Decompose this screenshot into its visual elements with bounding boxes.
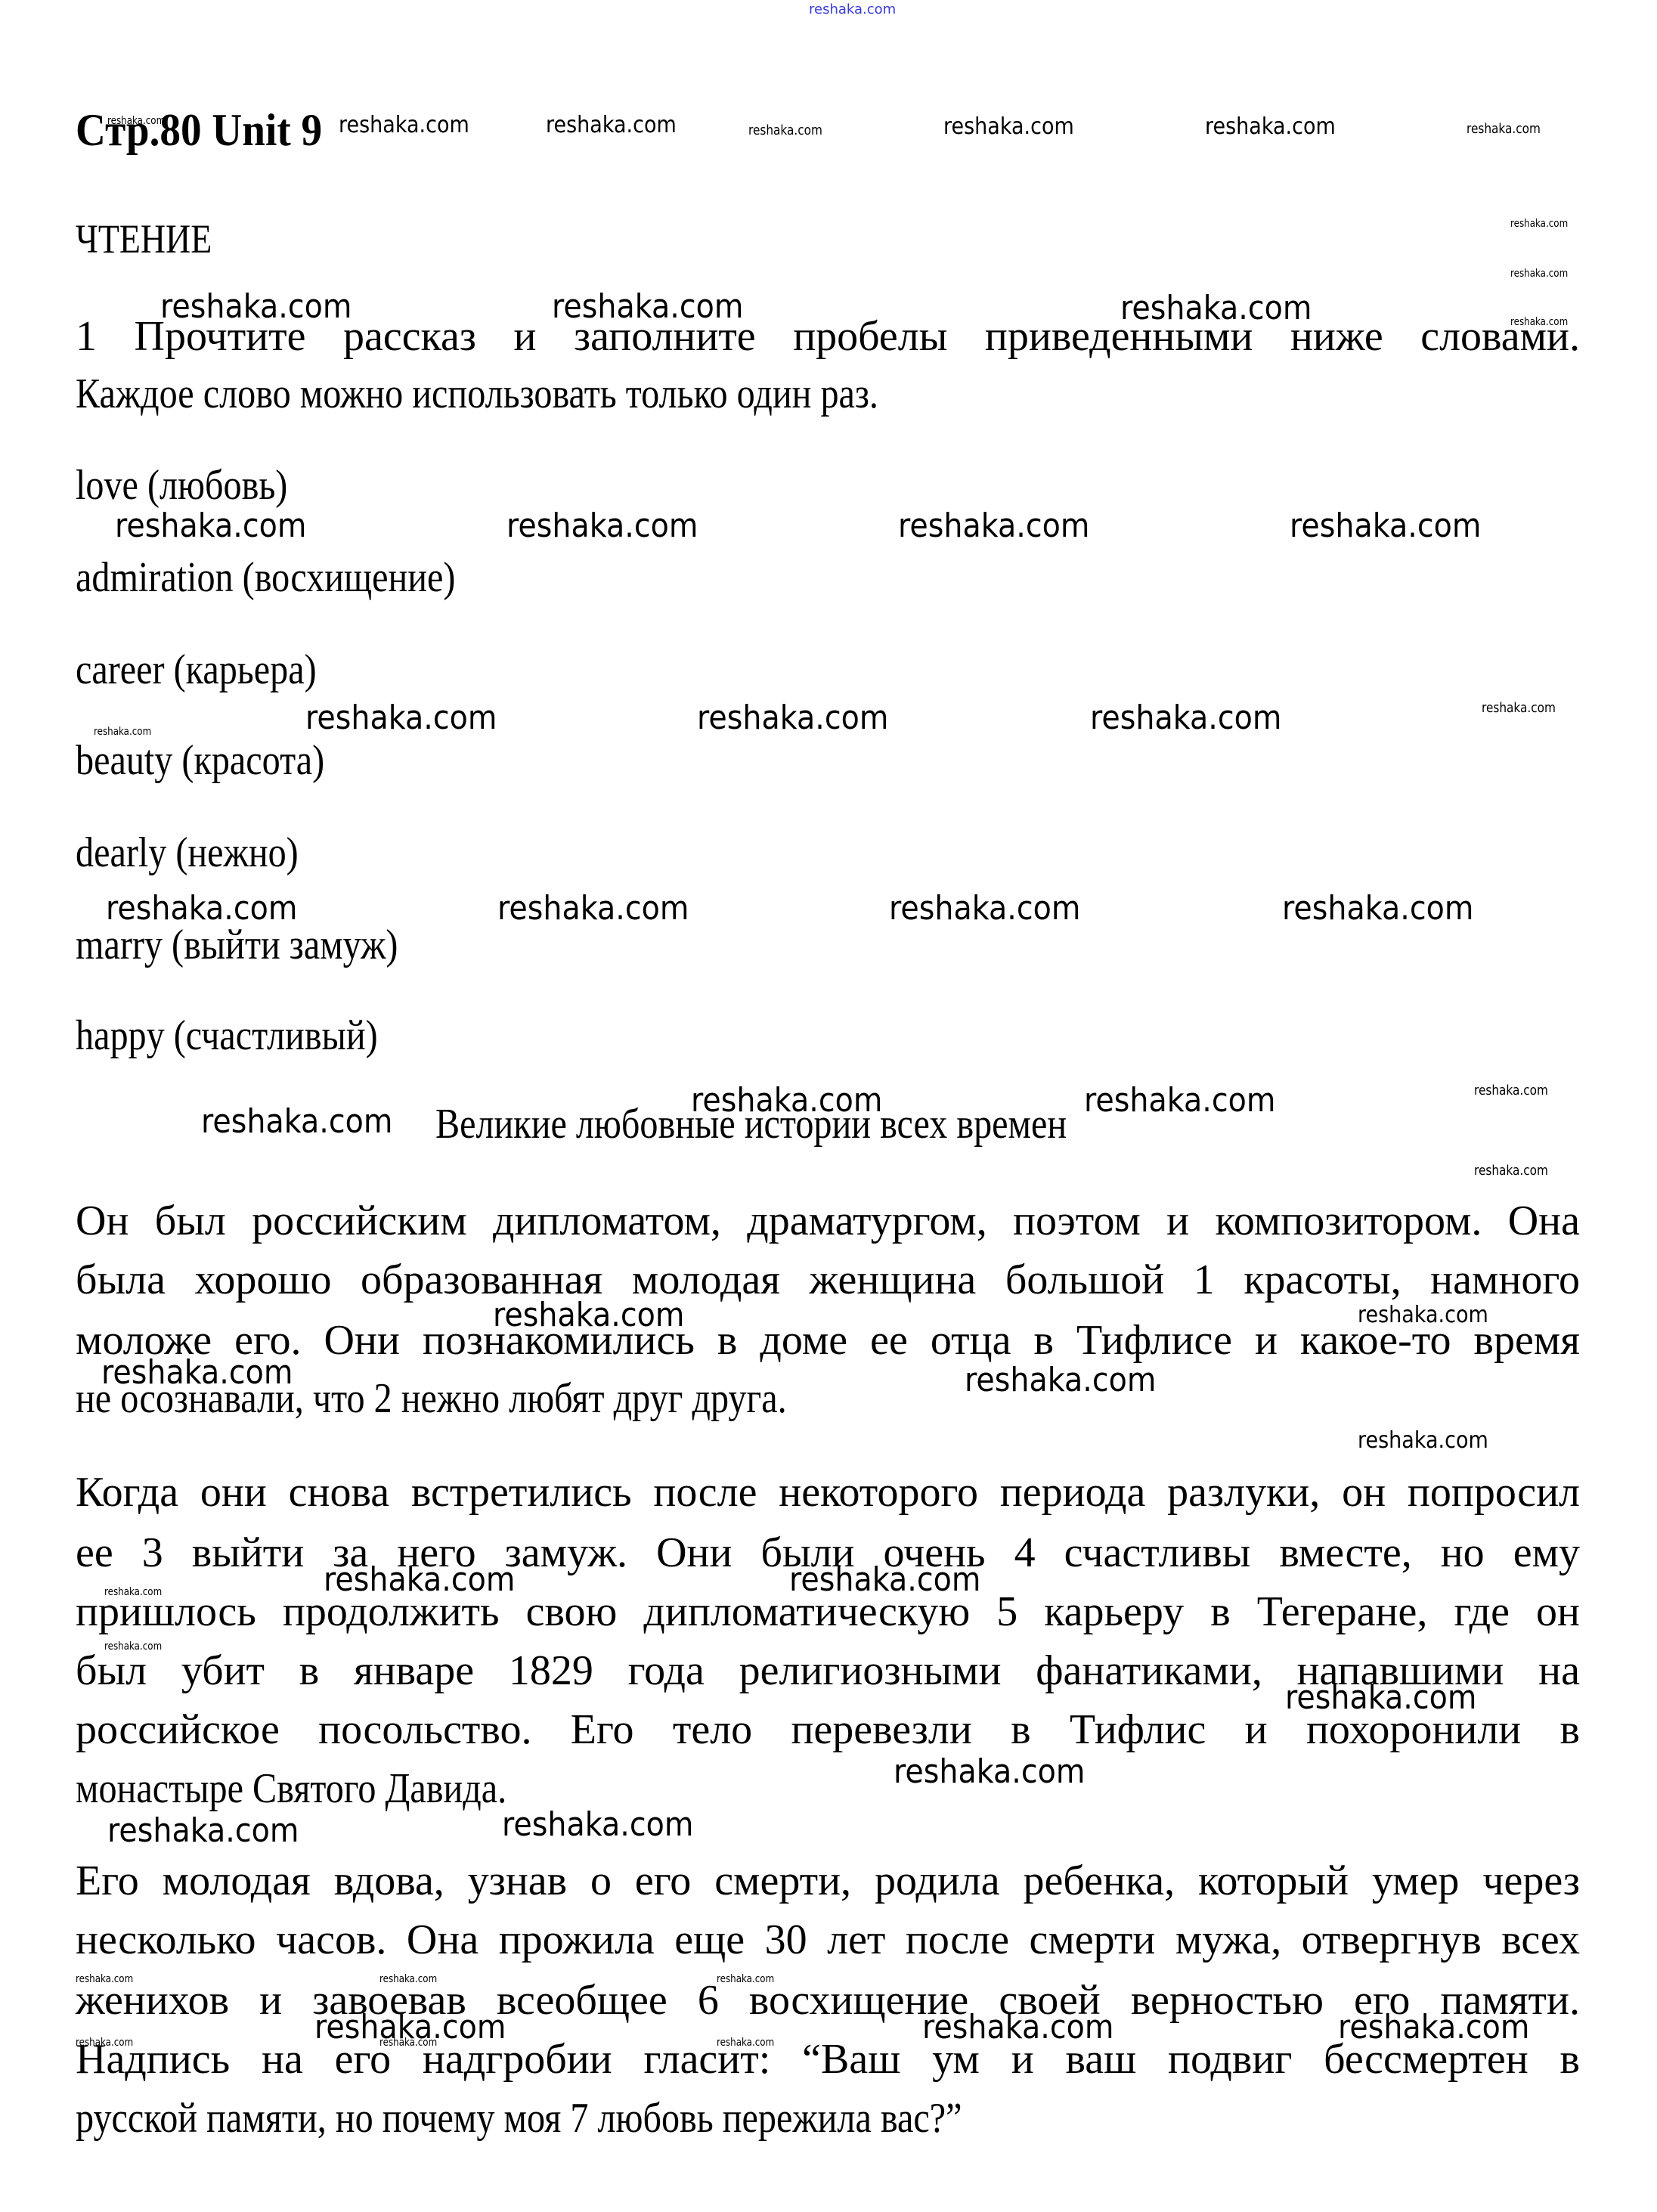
paragraph-line: Его молодая вдова, узнав о его смерти, р… [76, 1854, 1580, 1907]
paragraph-line: Он был российским дипломатом, драматурго… [76, 1194, 1580, 1247]
page-title: Стр.80 Unit 9 [76, 104, 322, 156]
watermark-top: reshaka.com [809, 2, 896, 17]
word-bank-item: admiration (восхищение) [76, 553, 455, 602]
watermark: reshaka.com [1290, 507, 1481, 545]
task-instruction-line-2: Каждое слово можно использовать только о… [76, 367, 1580, 420]
watermark: reshaka.com [1090, 699, 1281, 737]
word-bank-item: marry (выйти замуж) [76, 921, 398, 969]
story-title: Великие любовные истории всех времен [435, 1100, 1067, 1148]
watermark: reshaka.com [115, 507, 306, 545]
watermark: reshaka.com [1482, 700, 1556, 716]
word-bank-item: love (любовь) [76, 461, 287, 510]
paragraph-line: моложе его. Они познакомились в доме ее … [76, 1314, 1580, 1367]
word-bank-item: beauty (красота) [76, 736, 324, 785]
watermark: reshaka.com [1358, 1427, 1488, 1454]
paragraph-line: Надпись на его надгробии гласит: “Ваш ум… [76, 2033, 1580, 2086]
watermark: reshaka.com [497, 889, 689, 928]
watermark: reshaka.com [748, 122, 822, 138]
paragraph-line: монастыре Святого Давида. [76, 1762, 1580, 1815]
paragraph-line: женихов и завоевав всеобщее 6 восхищение… [76, 1974, 1580, 2027]
watermark: reshaka.com [107, 1811, 299, 1850]
watermark: reshaka.com [898, 507, 1089, 545]
watermark: reshaka.com [339, 112, 469, 138]
watermark: reshaka.com [943, 113, 1074, 140]
watermark: reshaka.com [506, 507, 698, 545]
paragraph-line: ее 3 выйти за него замуж. Они были очень… [76, 1526, 1580, 1579]
watermark: reshaka.com [201, 1102, 392, 1141]
word-bank-item: career (карьера) [76, 646, 317, 694]
watermark: reshaka.com [1510, 218, 1568, 230]
paragraph-line: Когда они снова встретились после некото… [76, 1466, 1580, 1519]
paragraph-line: не осознавали, что 2 нежно любят друг др… [76, 1372, 1580, 1425]
watermark: reshaka.com [889, 889, 1080, 928]
paragraph-line: была хорошо образованная молодая женщина… [76, 1253, 1580, 1306]
document-page: reshaka.com Стр.80 Unit 9 reshaka.com re… [0, 0, 1657, 2212]
paragraph-line: несколько часов. Она прожила еще 30 лет … [76, 1913, 1580, 1966]
watermark: reshaka.com [697, 699, 888, 737]
watermark: reshaka.com [1205, 113, 1336, 140]
word-bank-item: happy (счастливый) [76, 1012, 378, 1060]
paragraph-line: российское посольство. Его тело перевезл… [76, 1703, 1580, 1756]
watermark: reshaka.com [305, 699, 497, 737]
watermark: reshaka.com [1084, 1081, 1275, 1120]
watermark: reshaka.com [1510, 268, 1568, 280]
paragraph-line: был убит в январе 1829 года религиозными… [76, 1644, 1580, 1697]
watermark: reshaka.com [1467, 121, 1541, 137]
watermark: reshaka.com [1474, 1083, 1548, 1098]
watermark: reshaka.com [546, 112, 677, 138]
watermark: reshaka.com [1282, 889, 1473, 928]
task-instruction-line-1: 1 Прочтите рассказ и заполните пробелы п… [76, 310, 1580, 363]
watermark: reshaka.com [1474, 1163, 1548, 1179]
paragraph-line: пришлось продолжить свою дипломатическую… [76, 1585, 1580, 1638]
paragraph-line: русской памяти, но почему моя 7 любовь п… [76, 2092, 1580, 2145]
section-heading: ЧТЕНИЕ [76, 215, 212, 262]
word-bank-item: dearly (нежно) [76, 829, 299, 877]
